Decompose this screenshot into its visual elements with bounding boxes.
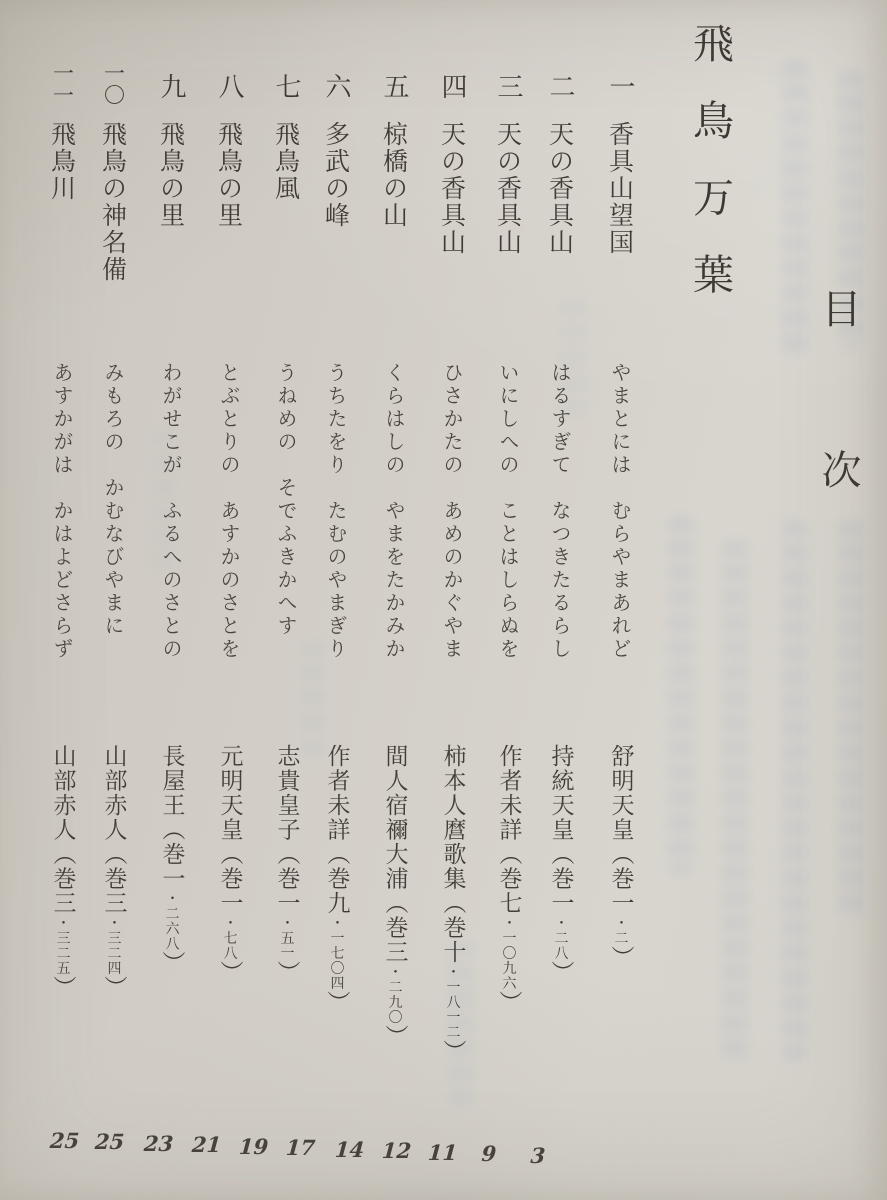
paren-close: ） [608, 946, 634, 971]
poem-excerpt: うねめの そでふきかへす [276, 362, 296, 638]
entry-title: 飛鳥風 [274, 121, 299, 202]
volume-ref: 巻三 [50, 867, 76, 916]
paren-open: （ [440, 891, 466, 916]
page-number: 14 [334, 1137, 362, 1162]
paren-close: ） [217, 961, 243, 986]
entry-number: 二 [547, 73, 573, 99]
poem-excerpt: あすかがは かはよどさらず [52, 362, 72, 661]
toc-entry-8: 八 飛鳥の里 とぶとりの あすかのさとを 元明天皇（巻一・七八） [0, 0, 887, 1200]
book-title: 飛鳥万葉 [689, 22, 730, 330]
author-attribution: 間人宿禰大浦（巻三・二九〇） [383, 744, 406, 1049]
poem-excerpt: みもろの かむなびやまに [103, 362, 123, 638]
toc-entry-5: 五 椋橋の山 くらはしの やまをたかみか 間人宿禰大浦（巻三・二九〇） [0, 0, 887, 1200]
volume-ref: 巻三 [382, 916, 408, 965]
poem-number-ref: ・二八 [553, 916, 569, 961]
poem-number-ref: ・一八一二 [445, 965, 461, 1040]
entry-number: 一一 [52, 62, 73, 106]
poem-number-ref: ・五一 [279, 916, 295, 961]
page-number: 23 [143, 1131, 171, 1156]
poem-excerpt: ひさかたの あめのかぐやま [442, 362, 462, 661]
page-showthrough [782, 60, 808, 360]
page-number: 11 [427, 1140, 455, 1165]
page-number: 12 [381, 1138, 409, 1163]
paren-close: ） [496, 991, 522, 1016]
author-name: 柿本人麿歌集 [440, 744, 466, 891]
author-name: 持統天皇 [548, 744, 574, 842]
author-attribution: 持統天皇（巻一・二八） [549, 744, 572, 985]
page-showthrough [668, 515, 694, 875]
poem-number-ref: ・一〇九六 [501, 916, 517, 991]
entry-title: 飛鳥の神名備 [101, 121, 126, 283]
poem-number-ref: ・二九〇 [387, 965, 403, 1025]
paren-open: （ [274, 842, 300, 867]
author-attribution: 山部赤人（巻三・三二四） [102, 744, 125, 1000]
toc-entry-3: 三 天の香具山 いにしへの ことはしらぬを 作者未詳（巻七・一〇九六） [0, 0, 887, 1200]
page-showthrough [300, 640, 326, 760]
poem-excerpt: とぶとりの あすかのさとを [219, 362, 239, 661]
entry-title: 天の香具山 [440, 121, 465, 256]
volume-ref: 巻七 [496, 867, 522, 916]
author-attribution: 元明天皇（巻一・七八） [218, 744, 241, 985]
entry-title: 飛鳥の里 [159, 121, 184, 229]
paren-open: （ [548, 842, 574, 867]
entry-number: 五 [381, 73, 407, 99]
poem-excerpt: やまとには むらやまあれど [610, 362, 630, 661]
book-toc-page: 飛鳥万葉 目次 一 香具山望国 やまとには むらやまあれど 舒明天皇（巻一・二）… [0, 0, 887, 1200]
author-attribution: 山部赤人（巻三・三二五） [51, 744, 74, 1000]
page-number: 25 [94, 1129, 122, 1154]
toc-entry-1: 一 香具山望国 やまとには むらやまあれど 舒明天皇（巻一・二） [0, 0, 887, 1200]
paren-close: ） [159, 951, 185, 976]
entry-title: 天の香具山 [548, 121, 573, 256]
volume-ref: 巻一 [217, 867, 243, 916]
paren-close: ） [274, 961, 300, 986]
page-number: 3 [524, 1143, 552, 1168]
page-number: 17 [285, 1135, 313, 1160]
paren-close: ） [440, 1040, 466, 1065]
paren-close: ） [382, 1025, 408, 1050]
paren-open: （ [101, 842, 127, 867]
paren-open: （ [159, 818, 185, 843]
entry-number: 四 [439, 73, 465, 99]
poem-number-ref: ・二六八 [164, 891, 180, 951]
poem-excerpt: わがせこが ふるへのさとの [161, 362, 181, 661]
poem-excerpt: はるすぎて なつきたるらし [550, 362, 570, 661]
toc-entry-9: 九 飛鳥の里 わがせこが ふるへのさとの 長屋王（巻一・二六八） [0, 0, 887, 1200]
volume-ref: 巻一 [548, 867, 574, 916]
entry-title: 多武の峰 [324, 121, 349, 229]
author-attribution: 柿本人麿歌集（巻十・一八一二） [441, 744, 464, 1064]
photo-vignette [0, 0, 887, 1200]
poem-excerpt: いにしへの ことはしらぬを [498, 362, 518, 661]
volume-ref: 巻一 [159, 842, 185, 891]
author-name: 志貴皇子 [274, 744, 300, 842]
page-number: 25 [49, 1128, 77, 1153]
toc-entry-6: 六 多武の峰 うちたをり たむのやまぎり 作者未詳（巻九・一七〇四） [0, 0, 887, 1200]
poem-number-ref: ・七八 [222, 916, 238, 961]
toc-entry-2: 二 天の香具山 はるすぎて なつきたるらし 持統天皇（巻一・二八） [0, 0, 887, 1200]
paren-open: （ [50, 842, 76, 867]
paren-open: （ [324, 842, 350, 867]
entry-number: 八 [216, 73, 242, 99]
page-showthrough [150, 430, 176, 570]
paren-close: ） [101, 976, 127, 1001]
paren-close: ） [50, 976, 76, 1001]
page-number: 21 [191, 1132, 219, 1157]
paren-open: （ [496, 842, 522, 867]
entry-number: 一〇 [103, 62, 124, 106]
author-name: 山部赤人 [101, 744, 127, 842]
toc-entry-11: 一一 飛鳥川 あすかがは かはよどさらず 山部赤人（巻三・三二五） [0, 0, 887, 1200]
author-attribution: 作者未詳（巻七・一〇九六） [497, 744, 520, 1015]
author-attribution: 舒明天皇（巻一・二） [609, 744, 632, 970]
poem-number-ref: ・三二四 [106, 916, 122, 976]
page-showthrough [448, 940, 474, 1110]
volume-ref: 巻十 [440, 916, 466, 965]
author-attribution: 志貴皇子（巻一・五一） [275, 744, 298, 985]
author-name: 作者未詳 [496, 744, 522, 842]
page-showthrough [782, 520, 808, 1060]
entry-title: 椋橋の山 [382, 121, 407, 229]
author-name: 元明天皇 [217, 744, 243, 842]
toc-entry-4: 四 天の香具山 ひさかたの あめのかぐやま 柿本人麿歌集（巻十・一八一二） [0, 0, 887, 1200]
toc-entry-10: 一〇 飛鳥の神名備 みもろの かむなびやまに 山部赤人（巻三・三二四） [0, 0, 887, 1200]
entry-title: 天の香具山 [496, 121, 521, 256]
paren-close: ） [548, 961, 574, 986]
volume-ref: 巻一 [608, 867, 634, 916]
poem-number-ref: ・三二五 [55, 916, 71, 976]
paren-close: ） [324, 991, 350, 1016]
poem-number-ref: ・一七〇四 [329, 916, 345, 991]
paren-open: （ [217, 842, 243, 867]
entry-number: 一 [607, 73, 633, 99]
entry-number: 三 [495, 73, 521, 99]
poem-excerpt: うちたをり たむのやまぎり [326, 362, 346, 661]
author-name: 長屋王 [159, 744, 185, 818]
entry-title: 飛鳥の里 [217, 121, 242, 229]
page-number: 19 [238, 1134, 266, 1159]
entry-number: 七 [273, 73, 299, 99]
page-showthrough [560, 300, 586, 420]
author-attribution: 長屋王（巻一・二六八） [160, 744, 183, 976]
volume-ref: 巻三 [101, 867, 127, 916]
author-name: 作者未詳 [324, 744, 350, 842]
poem-excerpt: くらはしの やまをたかみか [384, 362, 404, 661]
author-name: 間人宿禰大浦 [382, 744, 408, 891]
page-showthrough [722, 540, 748, 1060]
toc-heading: 目次 [818, 288, 858, 610]
paren-open: （ [382, 891, 408, 916]
volume-ref: 巻一 [274, 867, 300, 916]
entry-title: 飛鳥川 [50, 121, 75, 202]
page-number: 9 [475, 1141, 503, 1166]
author-name: 山部赤人 [50, 744, 76, 842]
entry-number: 九 [158, 73, 184, 99]
toc-entry-7: 七 飛鳥風 うねめの そでふきかへす 志貴皇子（巻一・五一） [0, 0, 887, 1200]
author-attribution: 作者未詳（巻九・一七〇四） [325, 744, 348, 1015]
author-name: 舒明天皇 [608, 744, 634, 842]
volume-ref: 巻九 [324, 867, 350, 916]
paren-open: （ [608, 842, 634, 867]
poem-number-ref: ・二 [613, 916, 629, 946]
entry-title: 香具山望国 [608, 121, 633, 256]
entry-number: 六 [323, 73, 349, 99]
